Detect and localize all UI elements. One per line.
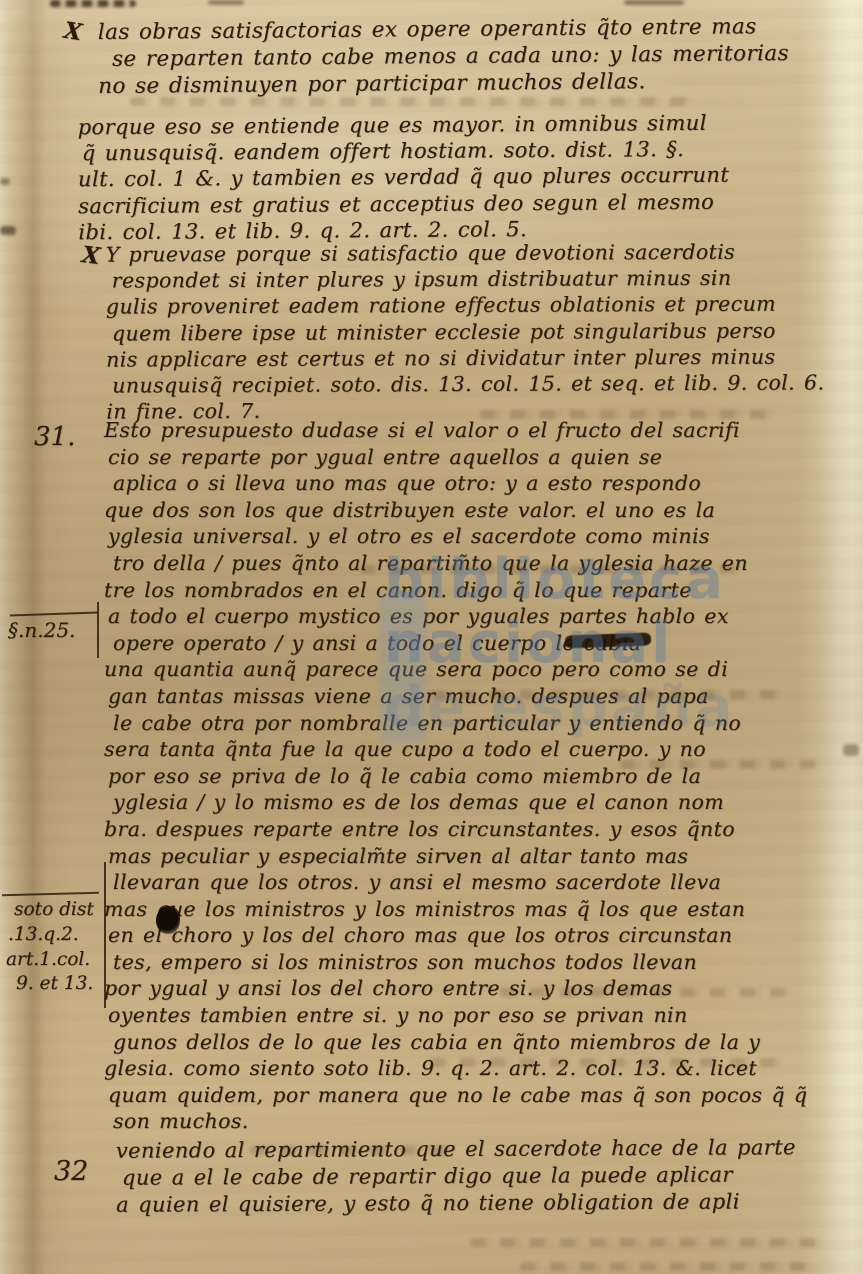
manuscript-line: veniendo al repartimiento que el sacerdo… [116,1134,796,1165]
manuscript-line: yglesia / y lo mismo es de los demas que… [104,789,807,816]
paragraph-section-31: Esto presupuesto dudase si el valor o el… [104,417,807,1135]
manuscript-line: mas peculiar y especialm̃te sirven al al… [104,843,807,870]
manuscript-line: yglesia universal. y el otro es el sacer… [104,523,807,550]
paragraph-porque-eso: porque eso se entiende que es mayor. in … [78,110,730,246]
top-edge-ink-smudge [208,0,244,5]
manuscript-line: por ygual y ansi los del choro entre si.… [104,975,807,1002]
bleedthrough-text [520,1262,820,1271]
manuscript-line: sera tanta q̃nta fue la que cupo a todo … [104,736,807,763]
watermark-line: biblioteca [384,548,735,612]
top-edge-ink-smudge [50,0,136,7]
manuscript-page: X las obras satisfactorias ex opere oper… [0,0,863,1274]
manuscript-line: son muchos. [104,1108,807,1135]
watermark-line: nacional [384,612,735,676]
manuscript-line: a quien el quisiere, y esto q̃ no tiene … [116,1188,796,1219]
manuscript-line: no se disminuyen por participar muchos d… [98,67,789,100]
margin-note-overline [10,611,98,616]
bne-watermark: biblioteca nacional de españa [384,548,735,740]
margin-section-number-31: 31. [34,422,75,452]
paragraph-obras-satisfactorias: las obras satisfactorias ex opere operan… [98,13,790,100]
margin-note-bracket [104,862,106,1008]
manuscript-line: Y pruevase porque si satisfactio que dev… [106,238,824,267]
manuscript-line: bra. despues reparte entre los circunsta… [104,816,807,843]
margin-note-line: soto dist [6,898,94,923]
margin-note-line: .13.q.2. [6,923,94,948]
manuscript-line: cio se reparte por ygual entre aquellos … [104,444,807,471]
manuscript-line: glesia. como siento soto lib. 9. q. 2. a… [104,1055,807,1082]
manuscript-line: gunos dellos de lo que les cabia en q̃nt… [104,1029,807,1056]
margin-note-line: 9. et 13. [6,972,94,997]
manuscript-line: tes, empero si los ministros son muchos … [104,949,807,976]
manuscript-line: nis applicare est certus et no si divida… [106,343,824,372]
manuscript-line: que dos son los que distribuyen este val… [104,497,807,524]
margin-section-number-32: 32 [54,1156,88,1187]
paragraph-section-32: veniendo al repartimiento que el sacerdo… [116,1134,796,1219]
ink-blot [156,906,180,934]
margin-note-soto-citation: soto dist .13.q.2. art.1.col. 9. et 13. [6,898,94,997]
manuscript-line: aplica o si lleva uno mas que otro: y a … [104,470,807,497]
margin-note-line: art.1.col. [6,948,94,973]
manuscript-line: que a el le cabe de repartir digo que la… [116,1161,796,1192]
manuscript-line: llevaran que los otros. y ansi el mesmo … [104,869,807,896]
paragraph-pruevase: Y pruevase porque si satisfactio que dev… [106,238,825,425]
manuscript-line: en el choro y los del choro mas que los … [104,922,807,949]
manuscript-line: por eso se priva de lo q̃ le cabia como … [104,763,807,790]
left-edge-ink-smudge [0,226,16,235]
left-edge-ink-smudge [0,178,10,185]
bleedthrough-text [470,1238,820,1247]
right-edge-ink-smudge [843,744,859,756]
manuscript-line: Esto presupuesto dudase si el valor o el… [104,417,807,444]
watermark-line: de españa [384,676,735,740]
manuscript-line: quem libere ipse ut minister ecclesie po… [106,317,824,346]
manuscript-line: ult. col. 1 &. y tambien es verdad q̃ qu… [78,162,729,193]
margin-note-section-25: §.n.25. [8,618,75,642]
margin-cross-mark: X [80,241,101,270]
margin-cross-mark: X [62,17,84,46]
margin-note-overline [2,892,99,897]
manuscript-line: respondet si inter plures y ipsum distri… [106,265,824,294]
manuscript-line: oyentes tambien entre si. y no por eso s… [104,1002,807,1029]
margin-note-bracket [97,602,99,658]
manuscript-line: gulis proveniret eadem ratione effectus … [106,291,824,320]
top-edge-ink-smudge [624,0,684,5]
manuscript-line: mas que los ministros y los ministros ma… [104,896,807,923]
manuscript-line: quam quidem, por manera que no le cabe m… [104,1082,807,1109]
manuscript-line: unusquisq̃ recipiet. soto. dis. 13. col.… [106,369,824,398]
manuscript-line: sacrificium est gratius et acceptius deo… [78,188,729,219]
